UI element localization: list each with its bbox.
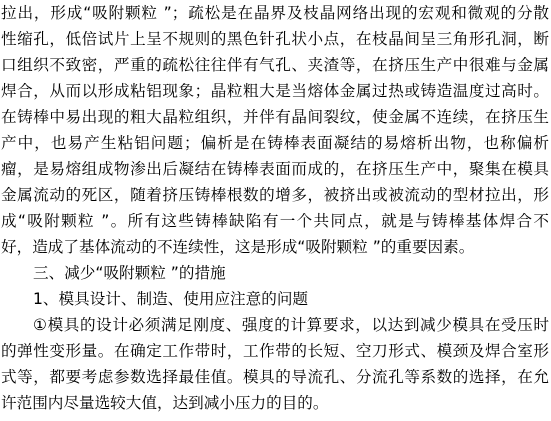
section-heading: 三、减少“吸附颗粒 ”的措施 [1, 260, 549, 286]
paragraph-line: 产中，也易产生粘铝问题；偏析是在铸棒表面凝结的易熔析出物，也称偏析 [1, 130, 549, 156]
paragraph-line: 瘤，是易熔组成物渗出后凝结在铸棒表面而成的，在挤压生产中，聚集在模具 [1, 156, 549, 182]
paragraph-line: 焊合，从而以形成粘铝现象；晶粒粗大是当熔体金属过热或铸造温度过高时。 [1, 78, 549, 104]
paragraph-line: 性缩孔，低倍试片上呈不规则的黑色针孔状小点，在枝晶间呈三角形孔洞，断 [1, 26, 549, 52]
paragraph-line: 金属流动的死区，随着挤压铸棒根数的增多，被挤出或被流动的型材拉出，形 [1, 182, 549, 208]
paragraph-line: 拉出，形成“吸附颗粒 ”；疏松是在晶界及枝晶网络出现的宏观和微观的分散 [1, 0, 549, 26]
paragraph-line: ①模具的设计必须满足刚度、强度的计算要求，以达到减少模具在受压时 [1, 312, 549, 338]
paragraph-line: 口组织不致密，严重的疏松往往伴有气孔、夹渣等，在挤压生产中很难与金属 [1, 52, 549, 78]
paragraph-line: 的弹性变形量。在确定工作带时，工作带的长短、空刀形式、模颈及焊合室形 [1, 338, 549, 364]
paragraph-line: 好，造成了基体流动的不连续性，这是形成“吸附颗粒 ”的重要因素。 [1, 234, 549, 260]
paragraph-line: 式等，都要考虑参数选择最佳值。模具的导流孔、分流孔等系数的选择，在允 [1, 364, 549, 390]
document-body: 拉出，形成“吸附颗粒 ”；疏松是在晶界及枝晶网络出现的宏观和微观的分散 性缩孔，… [0, 0, 551, 416]
paragraph-line: 在铸棒中易出现的粗大晶粒组织，并伴有晶间裂纹，使金属不连续，在挤压生 [1, 104, 549, 130]
subsection-heading: 1、模具设计、制造、使用应注意的问题 [1, 286, 549, 312]
paragraph-line: 成“吸附颗粒 ”。所有这些铸棒缺陷有一个共同点，就是与铸棒基体焊合不 [1, 208, 549, 234]
paragraph-line: 许范围内尽量选较大值，达到减小压力的目的。 [1, 390, 549, 416]
